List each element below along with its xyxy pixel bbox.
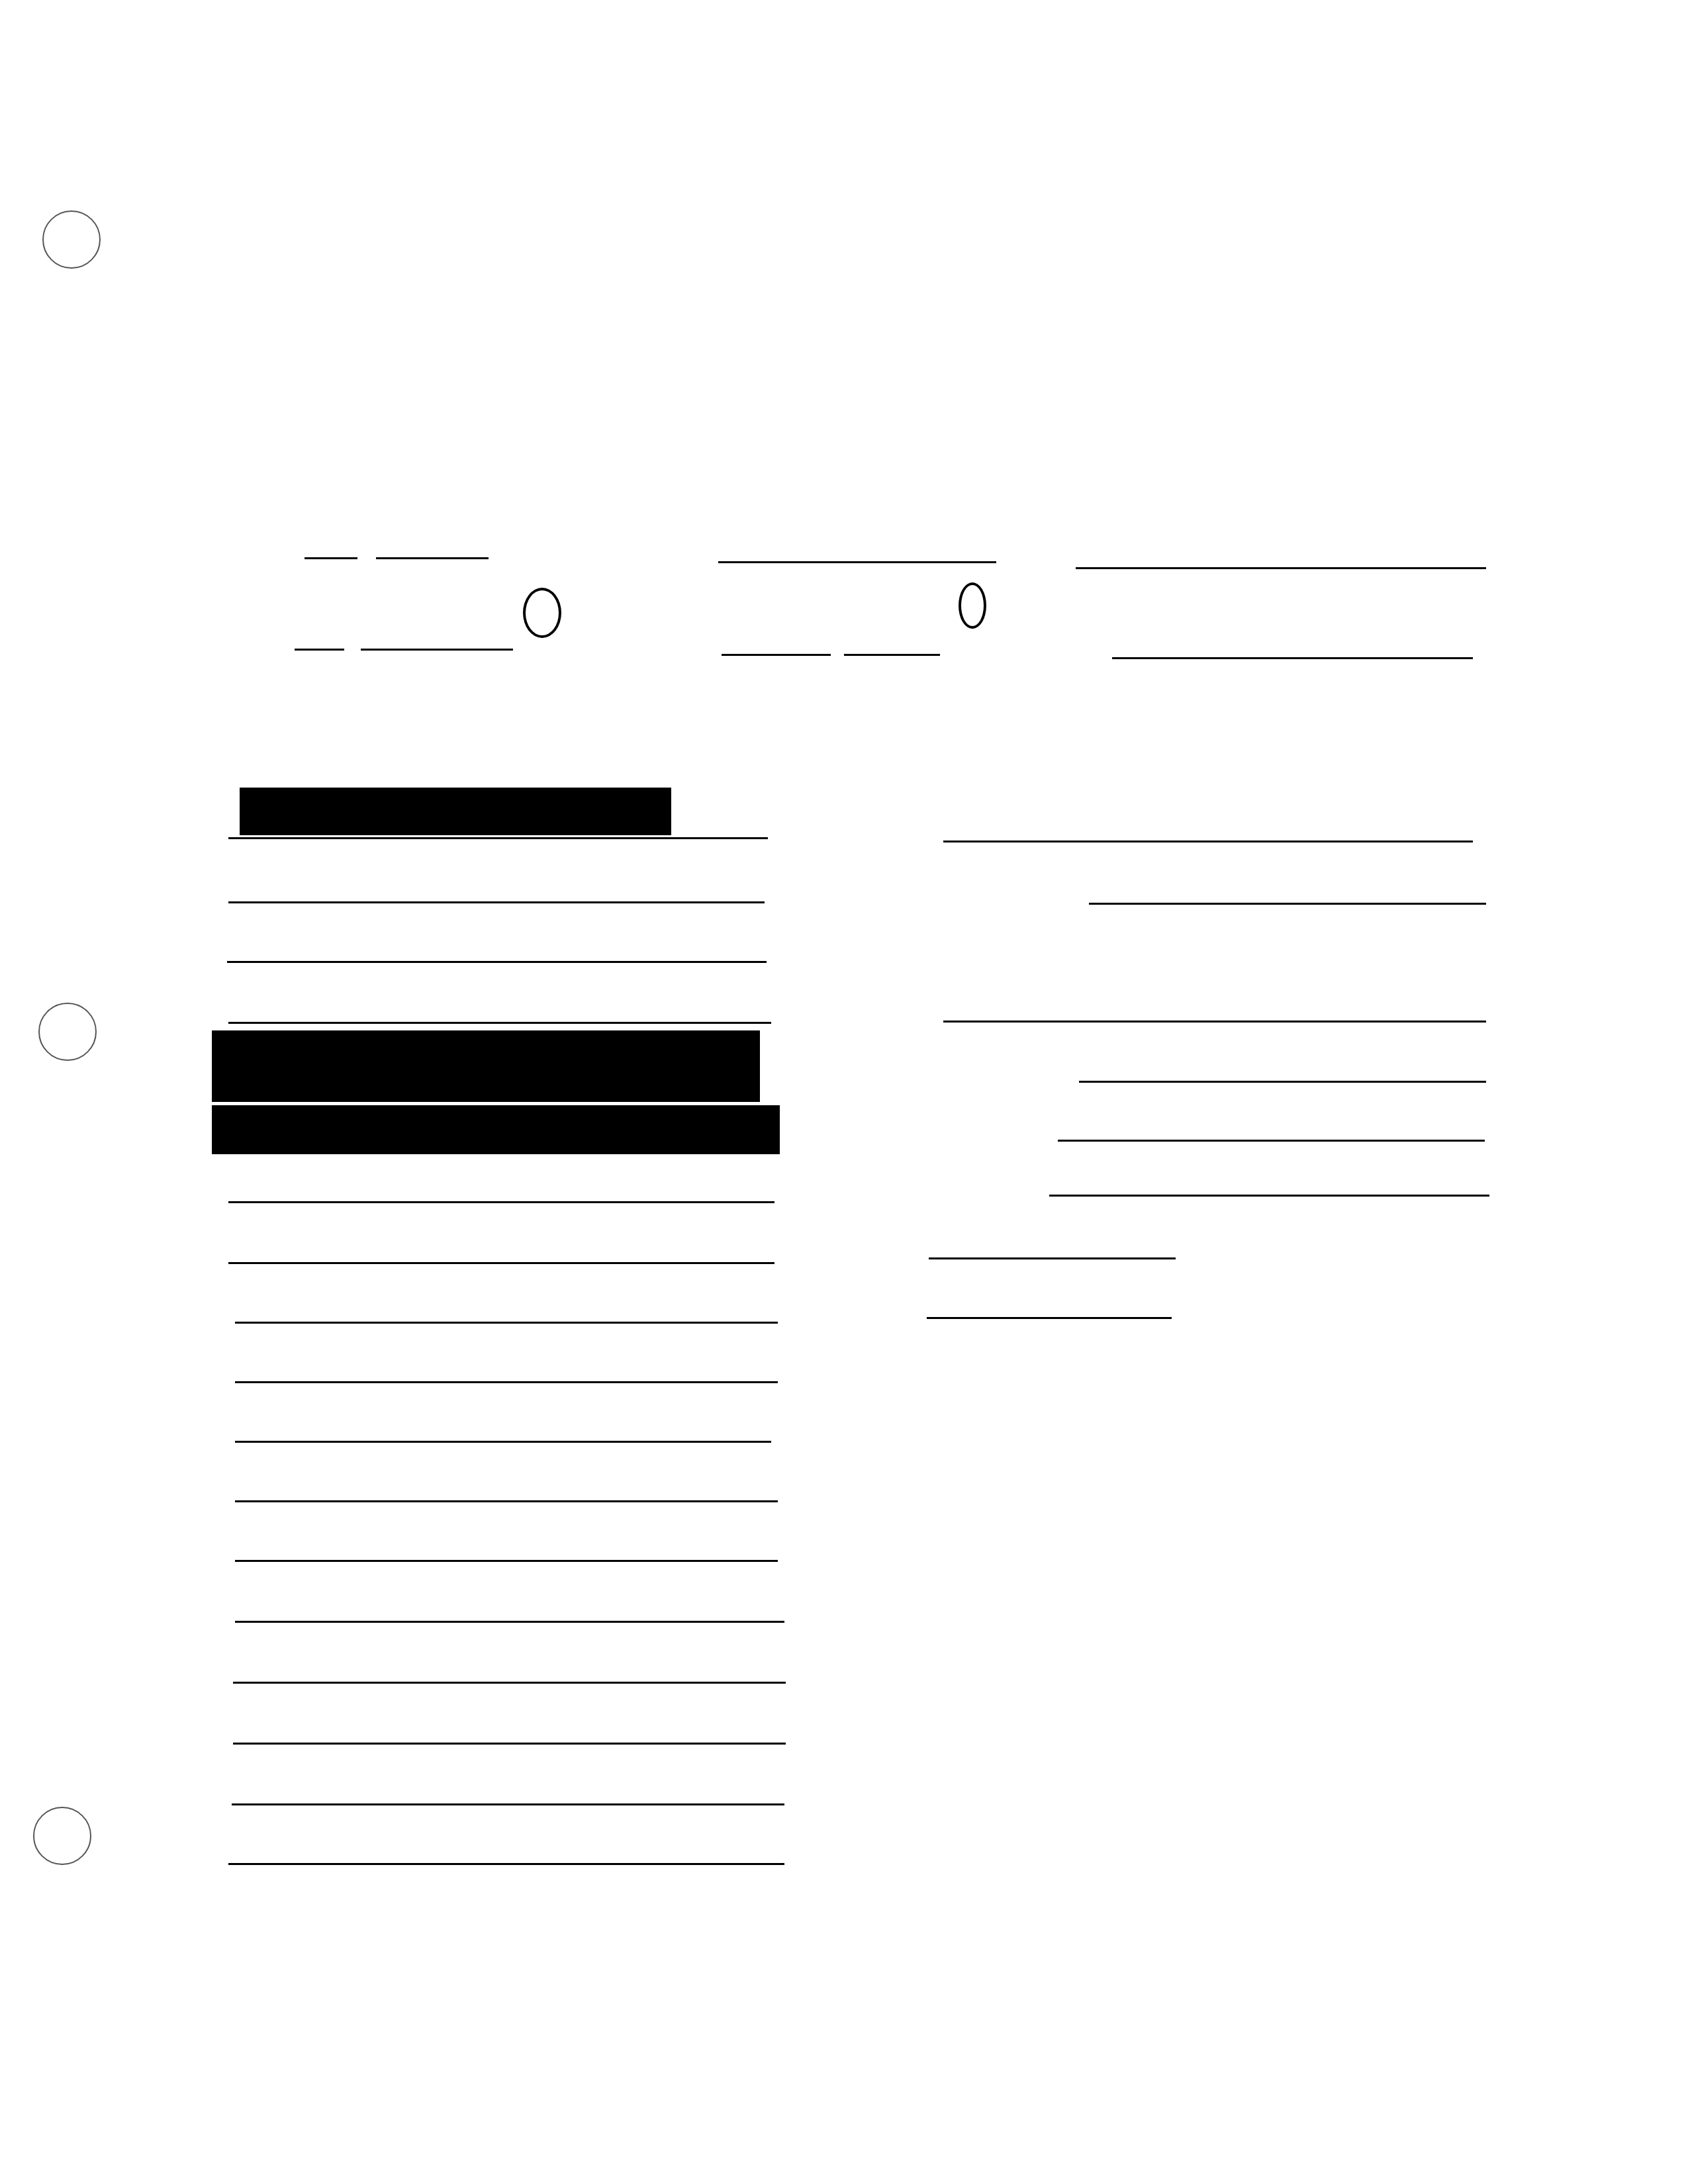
passenger-18-line[interactable] [232, 1803, 784, 1805]
passenger-11-line[interactable] [235, 1381, 778, 1383]
passenger-8-line[interactable] [228, 1201, 774, 1203]
passenger-14-line[interactable] [235, 1560, 778, 1562]
passenger-17-line[interactable] [233, 1743, 786, 1745]
passenger-13-line[interactable] [235, 1500, 778, 1502]
passenger-12-line[interactable] [235, 1441, 771, 1443]
type-field [624, 410, 629, 437]
passenger-15-line[interactable] [235, 1621, 784, 1623]
passenger-9-line[interactable] [228, 1262, 774, 1264]
passenger-row-1 [197, 743, 201, 778]
passenger-19-line[interactable] [228, 1863, 784, 1865]
binder-hole-top [42, 210, 101, 269]
binder-hole-bottom [33, 1807, 91, 1865]
redacted-passenger-2 [240, 788, 671, 835]
passenger-16-line[interactable] [233, 1682, 786, 1684]
passenger-10-line[interactable] [235, 1322, 778, 1324]
departure-am-circled-mark [523, 588, 561, 638]
redacted-passenger-6 [212, 1030, 760, 1102]
redacted-passenger-7 [212, 1105, 780, 1154]
arrival-am-circled-mark [959, 582, 986, 629]
binder-hole-middle [38, 1003, 97, 1061]
registration-field [205, 408, 212, 435]
